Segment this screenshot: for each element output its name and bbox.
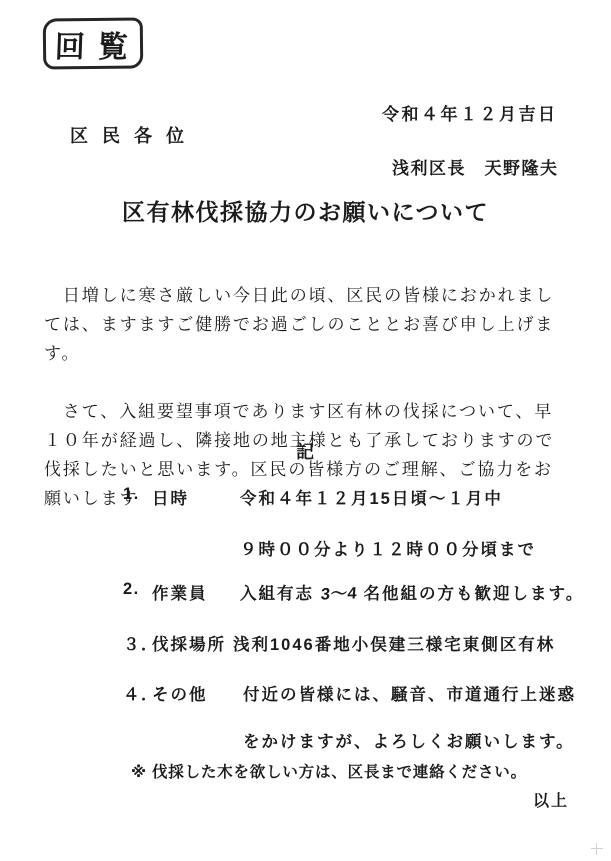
item-value: 入組有志 3～4 名他組の方も歓迎します。 — [240, 580, 584, 604]
item-value-line2: をかけますが、よろしくお願いします。 — [243, 728, 575, 752]
document-page: 回覧 令和４年１２月吉日 区民各位 浅利区長 天野隆夫 区有林伐採協力のお願いに… — [0, 0, 611, 861]
list-item-4: ４． その他 付近の皆様には、騒音、市道通行上迷惑 — [0, 681, 611, 705]
item-value: 令和４年１２月15日頃～１月中 — [240, 485, 503, 509]
item-value-handwritten: 3～4 — [320, 579, 358, 604]
record-marker: 記 — [0, 438, 611, 464]
item-value: 付近の皆様には、騒音、市道通行上迷惑 — [243, 681, 576, 705]
circulation-stamp-text: 回覧 — [44, 22, 142, 66]
item-value-prefix: 入組有志 — [240, 585, 321, 603]
item-value-suffix: 名他組の方も歓迎します。 — [357, 585, 584, 603]
sender-name: 浅利区長 天野隆夫 — [392, 154, 559, 179]
registration-mark — [591, 843, 603, 855]
addressee: 区民各位 — [70, 122, 198, 148]
list-item-4-line2: をかけますが、よろしくお願いします。 — [0, 728, 611, 752]
circulation-stamp-box: 回覧 — [43, 17, 144, 69]
body-paragraph-1: 日増しに寒さ厳しい今日此の頃、区民の皆様におかれまし ては、ますますご健勝でお過… — [44, 281, 574, 368]
item-number: 2. — [123, 580, 140, 599]
list-item-2: 2. 作業員 入組有志 3～4 名他組の方も歓迎します。 — [0, 580, 611, 604]
issue-date: 令和４年１２月吉日 — [382, 100, 558, 125]
item-value-line2: ９時００分より１２時００分頃まで — [240, 536, 536, 560]
closing-word: 以上 — [533, 788, 569, 811]
item-number: 1. — [123, 485, 140, 504]
item-label: その他 — [152, 681, 208, 705]
note-line: ※ 伐採した木を欲しい方は、区長まで連絡ください。 — [131, 760, 527, 782]
item-value: 浅利1046番地小俣建三様宅東側区有林 — [233, 631, 555, 655]
list-item-3: ３． 伐採場所 浅利1046番地小俣建三様宅東側区有林 — [0, 631, 611, 655]
list-item-1: 1. 日時 令和４年１２月15日頃～１月中 — [0, 485, 611, 509]
item-label: 作業員 — [152, 580, 208, 604]
document-title: 区有林伐採協力のお願いについて — [0, 194, 611, 227]
item-label: 日時 — [152, 485, 189, 509]
list-item-1-line2: ９時００分より１２時００分頃まで — [0, 536, 611, 560]
item-label: 伐採場所 — [152, 631, 226, 655]
